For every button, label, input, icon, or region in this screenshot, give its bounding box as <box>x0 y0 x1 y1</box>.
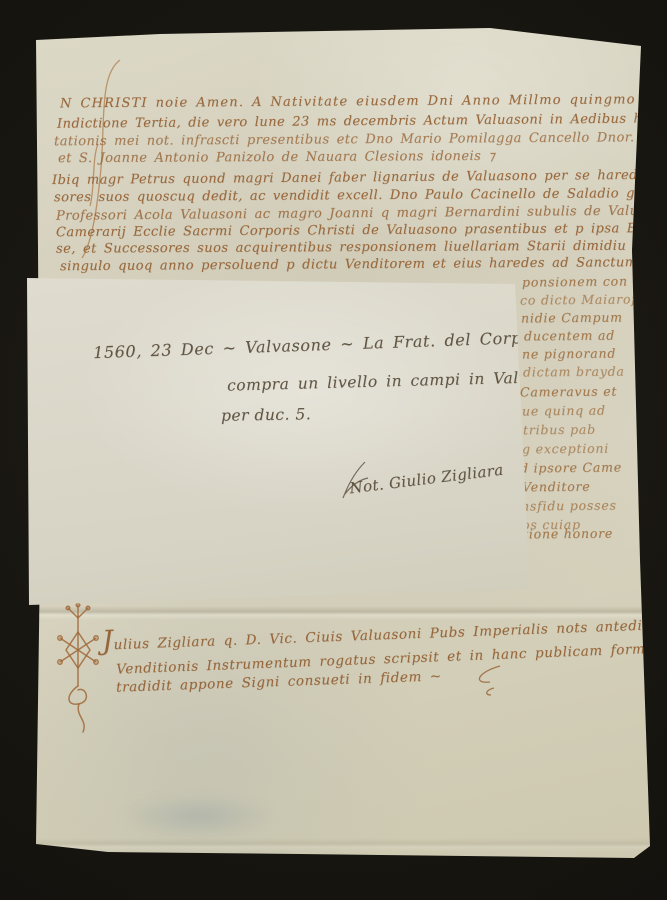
main-text-line: sores suos quoscuq dedit, ac vendidit ex… <box>54 186 667 206</box>
margin-line: tione honore <box>523 526 613 542</box>
margin-line: ue quinq ad <box>522 403 606 419</box>
margin-line: dictam brayda <box>523 364 625 380</box>
slip-signature: Not. Giulio Zigliara <box>348 461 504 498</box>
slip-line: per duc. 5. <box>221 405 311 425</box>
fold-crease <box>30 606 652 620</box>
pen-flourish-icon <box>460 662 510 698</box>
notary-signum-icon <box>46 602 110 738</box>
main-text-line: tationis mei not. infrascti presentibus … <box>54 130 667 150</box>
main-text-line: Indictione Tertia, die vero lune 23 ms d… <box>57 111 667 131</box>
main-text-line: N CHRISTI noie Amen. A Nativitate eiusde… <box>60 92 667 112</box>
margin-line: ducentem ad <box>524 328 615 344</box>
main-text-line: Ibiq magr Petrus quond magri Danei faber… <box>52 167 667 188</box>
margin-line: Cameravus et <box>520 384 617 400</box>
margin-line: nsfidu posses <box>521 497 617 513</box>
ink-stain <box>110 786 330 846</box>
margin-line: Venditore <box>522 479 591 495</box>
main-text-line: se, et Successores suos acquirentibus re… <box>56 238 667 256</box>
margin-line: g exceptioni <box>522 441 609 457</box>
main-text-line: singulo quoq anno persoluend p dictu Ven… <box>60 255 667 274</box>
margin-line: co dicto Maiarof <box>520 291 637 307</box>
attached-slip: 1560, 23 Dec ~ Valvasone ~ La Frat. del … <box>25 274 535 610</box>
main-text-line: et S. Joanne Antonio Panizolo de Nauara … <box>58 149 495 166</box>
margin-line: d ipsore Came <box>520 459 622 475</box>
signature-paraph-icon <box>341 460 371 500</box>
margin-line: nidie Campum <box>521 310 623 326</box>
margin-line: ne pignorand <box>522 346 616 362</box>
margin-line: ponsionem con <box>522 273 628 289</box>
photo-background: N CHRISTI noie Amen. A Nativitate eiusde… <box>0 0 667 900</box>
main-text-line: Camerarij Ecclie Sacrmi Corporis Christi… <box>56 221 667 240</box>
margin-line: tribus pab <box>523 422 596 438</box>
